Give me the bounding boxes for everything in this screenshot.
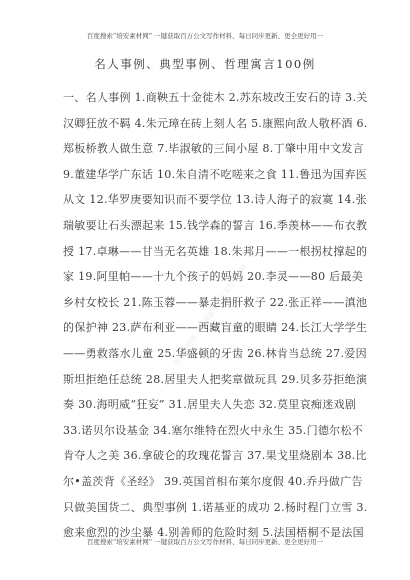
text-line: 从文 12.华罗庚要知识而不要学位 13.诗人海子的寂寞 14.张 [63, 192, 349, 218]
page-header: 百度搜索“培安素材网” 一键获取百万公文写作材料、每日同步更新、更全更好用一 [0, 31, 410, 40]
text-line: 的保护神 23.萨布利亚——西藏盲童的眼睛 24.长江大学学生 [63, 320, 349, 346]
text-line: 郑板桥教人做生意 7.毕淑敏的三间小屋 8.丁肇中用中文发言 [63, 141, 349, 167]
document-title: 名人事例、典型事例、哲理寓言100例 [0, 56, 410, 72]
text-line: 授 17.卓琳——甘当无名英雄 18.朱邦月——一根拐杖撑起的 [63, 244, 349, 270]
text-line: ——勇救落水儿童 25.华盛顿的牙齿 26.林肯当总统 27.爱因 [63, 346, 349, 372]
text-line: 家 19.阿里帕——十九个孩子的妈妈 20.李灵——80 后最美 [63, 269, 349, 295]
text-line: 一、名人事例 1.商鞅五十金徙木 2.苏东坡改王安石的诗 3.关 [63, 90, 349, 116]
page-footer: 百度搜索“培安素材网” 一键获取百万公文写作材料、每日同步更新、更全更好用一 [0, 537, 410, 546]
text-line: 肯夺人之美 36.拿破仑的玫瑰花誓言 37.果戈里烧剧本 38.比 [63, 448, 349, 474]
text-line: 瑞敏要让石头漂起来 15.钱学森的誓言 16.季羡林——布衣教 [63, 218, 349, 244]
text-line: 奏 30.海明威“狂妄” 31.居里夫人失恋 32.莫里哀痴迷戏剧 [63, 397, 349, 423]
text-line: 乡村女校长 21.陈玉蓉——暴走捐肝救子 22.张正祥——滇池 [63, 295, 349, 321]
text-line: 尔•盖茨背《圣经》 39.英国首相布莱尔度假 40.乔丹做广告 [63, 474, 349, 500]
text-line: 斯坦拒绝任总统 28.居里夫人把奖章做玩具 29.贝多芬拒绝演 [63, 372, 349, 398]
text-line: 33.诺贝尔设基金 34.塞尔维特在烈火中永生 35.门德尔松不 [63, 423, 349, 449]
text-line: 9.董建华学广东话 10.朱自清不吃嗟来之食 11.鲁迅为国弃医 [63, 167, 349, 193]
text-line: 汉卿狂放不羁 4.朱元璋在砖上刻人名 5.康熙向敌人敬杯酒 6. [63, 116, 349, 142]
document-body: 一、名人事例 1.商鞅五十金徙木 2.苏东坡改王安石的诗 3.关 汉卿狂放不羁 … [63, 90, 349, 551]
text-line: 只做美国货二、典型事例 1.诺基亚的成功 2.杨时程门立雪 3. [63, 500, 349, 526]
